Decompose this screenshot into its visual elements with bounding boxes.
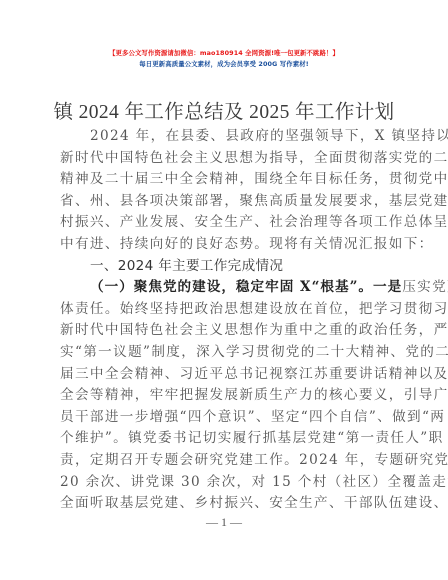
- subsection-heading: （一）聚焦党的建设，稳定牢固 X“根基”。一是: [90, 279, 402, 295]
- paragraph-line: 20 余次、讲党课 30 余次，对 15 个村（社区）全覆盖走访调研，: [60, 472, 394, 494]
- paragraph-line: 责，定期召开专题会研究党建工作。2024 年，专题研究党建工作: [60, 450, 394, 472]
- promo-banner-line-1: 【更多公文写作资源请加微信：mao180914 全网资源!唯一包更新不跳路！】: [0, 48, 448, 57]
- document-title: 镇 2024 年工作总结及 2025 年工作计划: [0, 96, 448, 124]
- paragraph-line: 精神及二十届三中全会精神，围绕全年目标任务，贯彻党中央和: [60, 169, 394, 191]
- promo-banner-line-2: 每日更新高质量公文素材，成为会员享受 200G 写作素材!: [0, 59, 448, 68]
- paragraph-line: 全面听取基层党建、乡村振兴、安全生产、干部队伍建设、信访: [60, 493, 394, 515]
- subsection-heading-line: （一）聚焦党的建设，稳定牢固 X“根基”。一是压实党建主: [60, 277, 394, 299]
- paragraph-line: 新时代中国特色社会主义思想为指导，全面贯彻落实党的二十大: [60, 148, 394, 170]
- paragraph-line: 2024 年，在县委、县政府的坚强领导下，X 镇坚持以习近平: [60, 126, 394, 148]
- document-page: 【更多公文写作资源请加微信：mao180914 全网资源!唯一包更新不跳路！】 …: [0, 0, 448, 580]
- paragraph-line: 个维护”。镇党委书记切实履行抓基层党建“第一责任人”职: [60, 428, 394, 450]
- document-body: 2024 年，在县委、县政府的坚强领导下，X 镇坚持以习近平 新时代中国特色社会…: [60, 126, 394, 515]
- paragraph-line: 全会等精神，牢牢把握发展新质生产力的核心要义，引导广大党: [60, 385, 394, 407]
- paragraph-line: 新时代中国特色社会主义思想作为重中之重的政治任务，严格落: [60, 320, 394, 342]
- page-number: — 1 —: [0, 515, 448, 530]
- paragraph-text: 压实党建主: [402, 279, 448, 295]
- paragraph-line: 村振兴、产业发展、安全生产、社会治理等各项工作总体呈现稳: [60, 212, 394, 234]
- paragraph-line: 员干部进一步增强“四个意识”、坚定“四个自信”、做到“两: [60, 407, 394, 429]
- paragraph-line: 中有进、持续向好的良好态势。现将有关情况汇报如下：: [60, 234, 394, 256]
- paragraph-line: 届三中全会精神、习近平总书记视察江苏重要讲话精神以及省州: [60, 364, 394, 386]
- section-heading: 一、2024 年主要工作完成情况: [60, 256, 394, 278]
- paragraph-line: 省、州、县各项决策部署，聚焦高质量发展要求，基层党建、乡: [60, 191, 394, 213]
- paragraph-line: 体责任。始终坚持把政治思想建设放在首位，把学习贯彻习近平: [60, 299, 394, 321]
- paragraph-line: 实“第一议题”制度，深入学习贯彻党的二十大精神、党的二十: [60, 342, 394, 364]
